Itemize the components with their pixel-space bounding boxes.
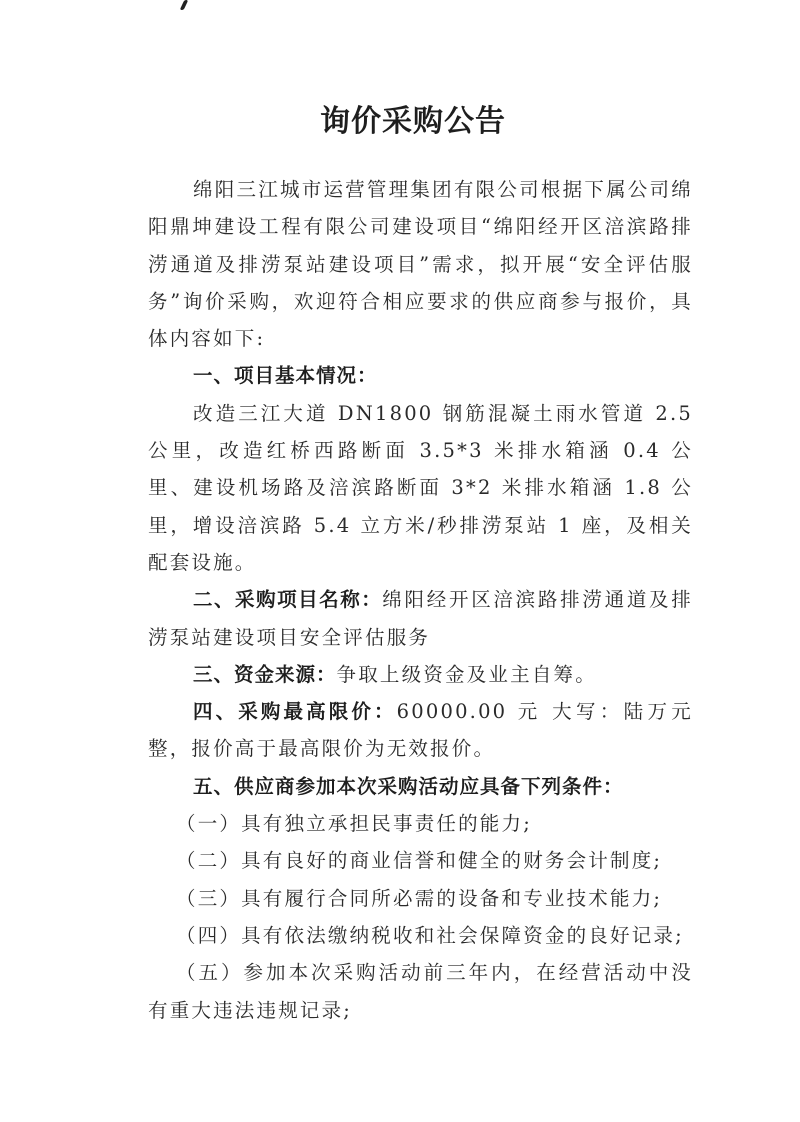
condition-item: （五）参加本次采购活动前三年内，在经营活动中没有重大违法违规记录; [148, 954, 693, 1029]
section-heading: 二、采购项目名称： [193, 588, 382, 611]
condition-item: （四）具有依法缴纳税收和社会保障资金的良好记录; [148, 917, 693, 954]
page-title: 询价采购公告 [0, 96, 800, 140]
section-4: 四、采购最高限价：60000.00 元 大写：陆万元整，报价高于最高限价为无效报… [148, 693, 693, 768]
section-1-heading: 一、项目基本情况： [148, 357, 693, 394]
section-heading: 五、供应商参加本次采购活动应具备下列条件： [193, 775, 624, 798]
section-heading: 一、项目基本情况： [193, 364, 378, 387]
condition-item: （三）具有履行合同所必需的设备和专业技术能力; [148, 880, 693, 917]
section-5-heading: 五、供应商参加本次采购活动应具备下列条件： [148, 768, 693, 805]
condition-item: （二）具有良好的商业信誉和健全的财务会计制度; [148, 842, 693, 879]
document-body: 绵阳三江城市运营管理集团有限公司根据下属公司绵阳鼎坤建设工程有限公司建设项目“绵… [148, 171, 693, 1029]
section-heading: 三、资金来源： [193, 663, 337, 686]
section-2: 二、采购项目名称：绵阳经开区涪滨路排涝通道及排涝泵站建设项目安全评估服务 [148, 581, 693, 656]
section-1-body: 改造三江大道 DN1800 钢筋混凝土雨水管道 2.5 公里，改造红桥西路断面 … [148, 395, 693, 581]
section-3: 三、资金来源：争取上级资金及业主自筹。 [148, 656, 693, 693]
pen-mark [180, 0, 189, 10]
intro-paragraph: 绵阳三江城市运营管理集团有限公司根据下属公司绵阳鼎坤建设工程有限公司建设项目“绵… [148, 171, 693, 357]
condition-item: （一）具有独立承担民事责任的能力; [148, 805, 693, 842]
section-heading: 四、采购最高限价： [193, 700, 397, 723]
section-body: 争取上级资金及业主自筹。 [337, 663, 597, 686]
